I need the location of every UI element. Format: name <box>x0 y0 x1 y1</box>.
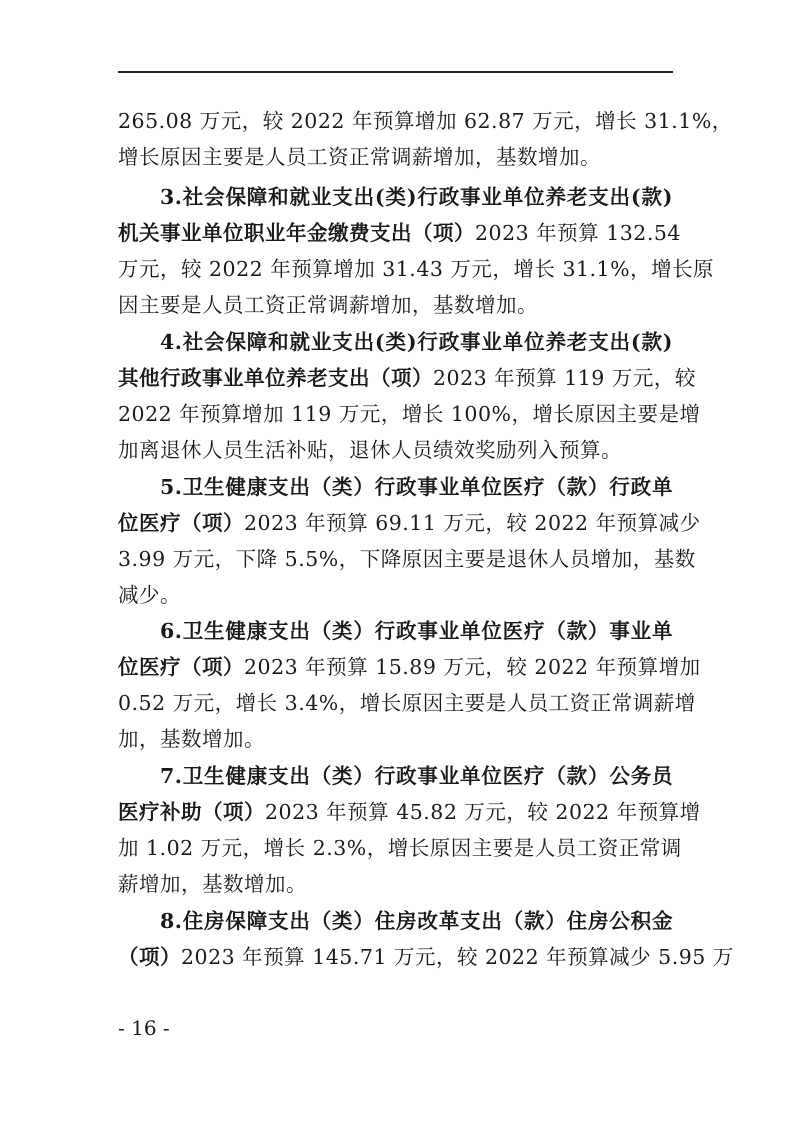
section-heading-3: 3.社会保障和就业支出(类)行政事业单位养老支出(款) <box>118 180 673 215</box>
text-line: 增长原因主要是人员工资正常调薪增加，基数增加。 <box>118 140 673 175</box>
line-text: 2023 年预算 145.71 万元，较 2022 年预算减少 5.95 万 <box>181 945 734 969</box>
line-text: 2023 年预算 132.54 <box>475 221 681 245</box>
text-line: 2022 年预算增加 119 万元，增长 100%，增长原因主要是增 <box>118 397 673 432</box>
heading-text: 位医疗（项） <box>118 655 244 679</box>
line-text: 加离退休人员生活补贴，退休人员绩效奖励列入预算。 <box>118 438 622 462</box>
line-text: 加 1.02 万元，增长 2.3%，增长原因主要是人员工资正常调 <box>118 836 682 860</box>
text-line: 3.99 万元，下降 5.5%，下降原因主要是退休人员增加，基数 <box>118 542 673 577</box>
section-heading-7: 7.卫生健康支出（类）行政事业单位医疗（款）公务员 <box>118 759 673 794</box>
section-heading-8: 8.住房保障支出（类）住房改革支出（款）住房公积金 <box>118 904 673 939</box>
text-line: 位医疗（项）2023 年预算 69.11 万元，较 2022 年预算减少 <box>118 506 673 541</box>
line-text: 3.99 万元，下降 5.5%，下降原因主要是退休人员增加，基数 <box>118 547 696 571</box>
heading-text: 6.卫生健康支出（类）行政事业单位医疗（款）事业单 <box>160 619 673 643</box>
text-line: 减少。 <box>118 578 673 613</box>
text-line: 机关事业单位职业年金缴费支出（项）2023 年预算 132.54 <box>118 216 673 251</box>
text-line: 加，基数增加。 <box>118 722 673 757</box>
heading-text: 位医疗（项） <box>118 511 244 535</box>
text-line: （项）2023 年预算 145.71 万元，较 2022 年预算减少 5.95 … <box>118 940 673 975</box>
line-text: 265.08 万元，较 2022 年预算增加 62.87 万元，增长 31.1%… <box>118 109 733 133</box>
line-text: 薪增加，基数增加。 <box>118 872 307 896</box>
line-text: 2023 年预算 15.89 万元，较 2022 年预算增加 <box>244 655 701 679</box>
line-text: 增长原因主要是人员工资正常调薪增加，基数增加。 <box>118 145 601 169</box>
text-line: 加离退休人员生活补贴，退休人员绩效奖励列入预算。 <box>118 433 673 468</box>
line-text: 减少。 <box>118 583 181 607</box>
header-rule <box>118 71 673 73</box>
heading-text: 医疗补助（项） <box>118 800 265 824</box>
text-line: 医疗补助（项）2023 年预算 45.82 万元，较 2022 年预算增 <box>118 795 673 830</box>
text-line: 薪增加，基数增加。 <box>118 867 673 902</box>
line-text: 2022 年预算增加 119 万元，增长 100%，增长原因主要是增 <box>118 402 700 426</box>
section-heading-4: 4.社会保障和就业支出(类)行政事业单位养老支出(款) <box>118 325 673 360</box>
text-line: 万元，较 2022 年预算增加 31.43 万元，增长 31.1%，增长原 <box>118 252 673 287</box>
heading-text: 机关事业单位职业年金缴费支出（项） <box>118 221 475 245</box>
line-text: 2023 年预算 69.11 万元，较 2022 年预算减少 <box>244 511 701 535</box>
heading-text: 其他行政事业单位养老支出（项） <box>118 366 433 390</box>
text-line: 因主要是人员工资正常调薪增加，基数增加。 <box>118 288 673 323</box>
heading-text: 3.社会保障和就业支出(类)行政事业单位养老支出(款) <box>160 185 673 209</box>
line-text: 加，基数增加。 <box>118 727 265 751</box>
section-heading-5: 5.卫生健康支出（类）行政事业单位医疗（款）行政单 <box>118 470 673 505</box>
heading-text: 4.社会保障和就业支出(类)行政事业单位养老支出(款) <box>160 330 673 354</box>
text-line: 加 1.02 万元，增长 2.3%，增长原因主要是人员工资正常调 <box>118 831 673 866</box>
heading-text: 8.住房保障支出（类）住房改革支出（款）住房公积金 <box>160 909 673 933</box>
heading-text: 5.卫生健康支出（类）行政事业单位医疗（款）行政单 <box>160 475 673 499</box>
page-number: - 16 - <box>118 1013 170 1043</box>
heading-text: （项） <box>118 945 181 969</box>
heading-text: 7.卫生健康支出（类）行政事业单位医疗（款）公务员 <box>160 764 673 788</box>
text-line: 265.08 万元，较 2022 年预算增加 62.87 万元，增长 31.1%… <box>118 104 673 139</box>
line-text: 2023 年预算 119 万元，较 <box>433 366 696 390</box>
line-text: 0.52 万元，增长 3.4%，增长原因主要是人员工资正常调薪增 <box>118 691 696 715</box>
text-line: 0.52 万元，增长 3.4%，增长原因主要是人员工资正常调薪增 <box>118 686 673 721</box>
line-text: 2023 年预算 45.82 万元，较 2022 年预算增 <box>265 800 701 824</box>
line-text: 万元，较 2022 年预算增加 31.43 万元，增长 31.1%，增长原 <box>118 257 714 281</box>
text-line: 其他行政事业单位养老支出（项）2023 年预算 119 万元，较 <box>118 361 673 396</box>
text-line: 位医疗（项）2023 年预算 15.89 万元，较 2022 年预算增加 <box>118 650 673 685</box>
line-text: 因主要是人员工资正常调薪增加，基数增加。 <box>118 293 538 317</box>
section-heading-6: 6.卫生健康支出（类）行政事业单位医疗（款）事业单 <box>118 614 673 649</box>
